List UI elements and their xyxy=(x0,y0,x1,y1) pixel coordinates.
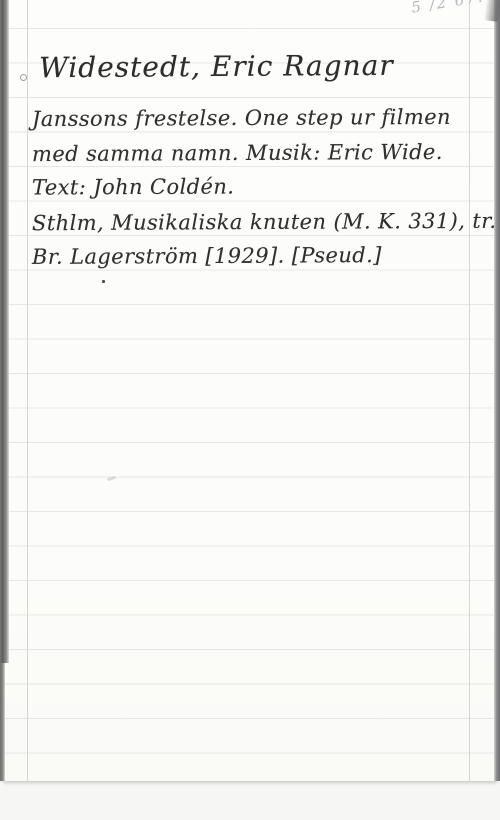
handwritten-line-printer-year: Br. Lagerström [1929]. [Pseud.] xyxy=(32,243,382,269)
punch-hole-mark xyxy=(20,74,27,81)
scan-corner-shadow xyxy=(484,0,500,22)
ink-speck xyxy=(102,280,105,283)
scan-edge-right xyxy=(494,0,500,781)
handwritten-line-text-credit: Text: John Coldén. xyxy=(32,174,234,199)
pencil-date-note: 5 /2 67. xyxy=(410,0,485,17)
handwritten-line-music-credit: med samma namn. Musik: Eric Wide. xyxy=(32,140,443,166)
left-margin-line xyxy=(27,0,28,781)
scan-edge-left-lower xyxy=(0,663,5,781)
index-card: 5 /2 67. Widestedt, Eric Ragnar Janssons… xyxy=(3,0,497,781)
card-heading: Widestedt, Eric Ragnar xyxy=(39,49,394,84)
right-margin-line xyxy=(469,0,470,781)
handwritten-line-publisher: Sthlm, Musikaliska knuten (M. K. 331), t… xyxy=(32,209,497,235)
scan-edge-left-upper xyxy=(0,0,9,663)
scanned-catalog-card-page: 5 /2 67. Widestedt, Eric Ragnar Janssons… xyxy=(0,0,500,820)
handwritten-line-title: Janssons frestelse. One step ur filmen xyxy=(32,105,451,131)
